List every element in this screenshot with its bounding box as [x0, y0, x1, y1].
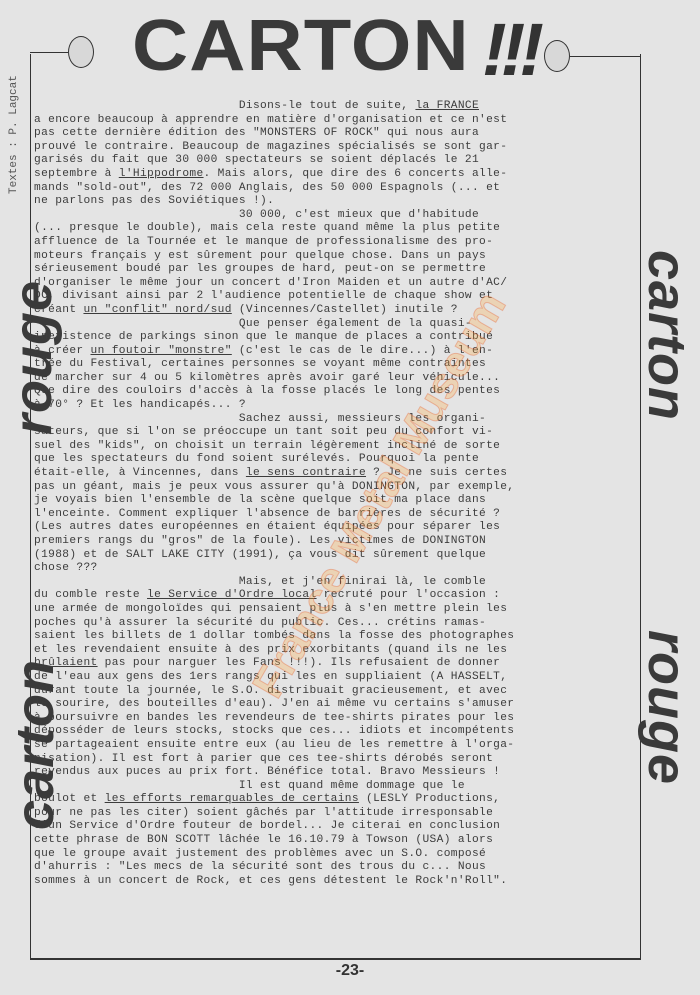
- underlined-phrase: un "conflit" nord/sud: [83, 304, 231, 316]
- article-paragraph: Sachez aussi, messieurs les organi- sate…: [34, 413, 638, 576]
- underlined-phrase: le sens contraire: [246, 467, 366, 479]
- underlined-phrase: un foutoir "monstre": [91, 345, 232, 357]
- underlined-phrase: la FRANCE: [415, 100, 479, 112]
- side-word-right-top: carton: [636, 250, 698, 421]
- page-number: -23-: [0, 962, 700, 980]
- underlined-phrase: brûlaient: [34, 657, 98, 669]
- underlined-phrase: les efforts remarquables de certains: [105, 793, 359, 805]
- article-paragraph: Il est quand même dommage que le boulot …: [34, 780, 638, 889]
- author-credit: Textes : P. Lagcat: [8, 75, 20, 194]
- article-body: Disons-le tout de suite, la FRANCE a enc…: [34, 100, 638, 888]
- magazine-page: CARTON !!! Textes : P. Lagcat rouge cart…: [0, 0, 700, 995]
- article-paragraph: Que penser également de la quasi- inexis…: [34, 318, 638, 413]
- side-word-right-bottom: rouge: [636, 630, 698, 785]
- underlined-phrase: l'Hippodrome: [119, 168, 204, 180]
- header-rule-left: [30, 52, 68, 53]
- article-paragraph: 30 000, c'est mieux que d'habitude (... …: [34, 209, 638, 318]
- article-paragraph: Mais, et j'en finirai là, le comble du c…: [34, 576, 638, 780]
- article-paragraph: Disons-le tout de suite, la FRANCE a enc…: [34, 100, 638, 209]
- underlined-phrase: le Service d'Ordre local: [147, 589, 317, 601]
